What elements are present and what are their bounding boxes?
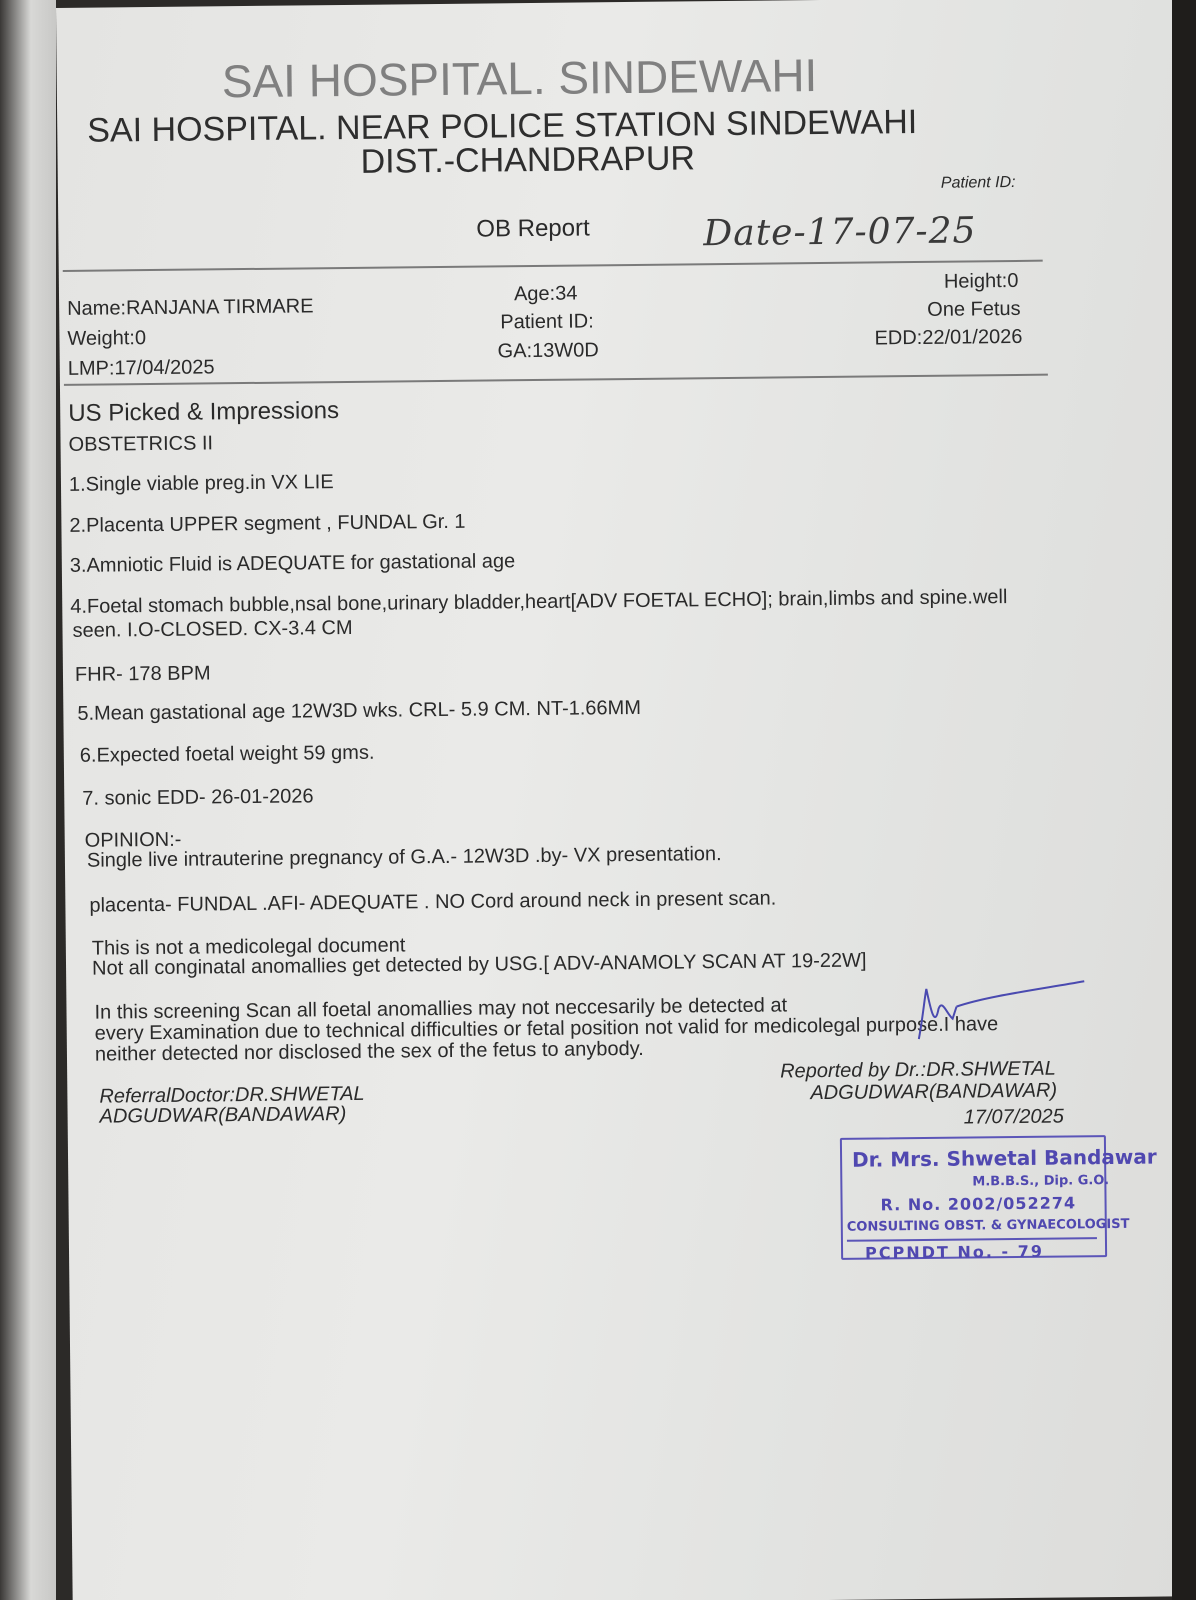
- patient-age: Age:34: [514, 283, 578, 307]
- patient-id-label-top: Patient ID:: [941, 174, 1016, 193]
- patient-name: Name:RANJANA TIRMARE: [67, 295, 314, 321]
- divider: [63, 260, 1043, 272]
- reported-by-cont: ADGUDWAR(BANDAWAR): [810, 1080, 1057, 1106]
- ob-report-page: SAI HOSPITAL. SINDEWAHI SAI HOSPITAL. NE…: [56, 0, 1196, 1600]
- patient-height: Height:0: [944, 270, 1019, 294]
- signature-icon: [916, 977, 1087, 1049]
- impression-item: 5.Mean gastational age 12W3D wks. CRL- 5…: [77, 697, 641, 726]
- disclaimer-line: neither detected nor disclosed the sex o…: [95, 1038, 644, 1067]
- hospital-name: SAI HOSPITAL. SINDEWAHI: [221, 48, 817, 108]
- page-edge-shadow: [1172, 0, 1196, 1600]
- impression-item-cont: seen. I.O-CLOSED. CX-3.4 CM: [72, 617, 352, 643]
- impression-item: 6.Expected foetal weight 59 gms.: [80, 742, 375, 768]
- impression-item: 4.Foetal stomach bubble,nsal bone,urinar…: [70, 586, 1007, 619]
- fetus-count: One Fetus: [927, 298, 1021, 322]
- impression-item: 2.Placenta UPPER segment , FUNDAL Gr. 1: [69, 511, 465, 538]
- binder-edge: [0, 0, 56, 1600]
- patient-ga: GA:13W0D: [498, 339, 599, 363]
- fhr: FHR- 178 BPM: [75, 662, 211, 686]
- impressions-title: US Picked & Impressions: [68, 397, 339, 428]
- handwritten-date: Date-17-07-25: [703, 210, 976, 254]
- reported-date: 17/07/2025: [964, 1106, 1064, 1130]
- patient-weight: Weight:0: [67, 327, 146, 351]
- doctor-stamp: Dr. Mrs. Shwetal Bandawar M.B.B.S., Dip.…: [840, 1135, 1107, 1260]
- stamp-reg-no: R. No. 2002/052274: [880, 1193, 1076, 1214]
- opinion-line: placenta- FUNDAL .AFI- ADEQUATE . NO Cor…: [89, 888, 776, 918]
- stamp-pcpndt: PCPNDT No. - 79: [865, 1242, 1044, 1263]
- stamp-name: Dr. Mrs. Shwetal Bandawar: [852, 1145, 1157, 1172]
- hospital-district: DIST.-CHANDRAPUR: [360, 139, 695, 181]
- impression-item: 3.Amniotic Fluid is ADEQUATE for gastati…: [70, 550, 516, 578]
- impressions-subtitle: OBSTETRICS II: [68, 432, 213, 457]
- referral-doctor-cont: ADGUDWAR(BANDAWAR): [99, 1103, 346, 1129]
- patient-edd: EDD:22/01/2026: [874, 326, 1022, 351]
- report-title: OB Report: [476, 214, 590, 243]
- patient-id: Patient ID:: [500, 310, 594, 334]
- stamp-designation: CONSULTING OBST. & GYNAECOLOGIST: [847, 1217, 1130, 1235]
- stamp-rule: [847, 1237, 1097, 1242]
- patient-lmp: LMP:17/04/2025: [68, 356, 215, 381]
- impression-item: 1.Single viable preg.in VX LIE: [69, 471, 334, 497]
- impression-item: 7. sonic EDD- 26-01-2026: [82, 785, 313, 810]
- opinion-line: Single live intrauterine pregnancy of G.…: [87, 843, 722, 873]
- stamp-degree: M.B.B.S., Dip. G.O.: [972, 1173, 1109, 1189]
